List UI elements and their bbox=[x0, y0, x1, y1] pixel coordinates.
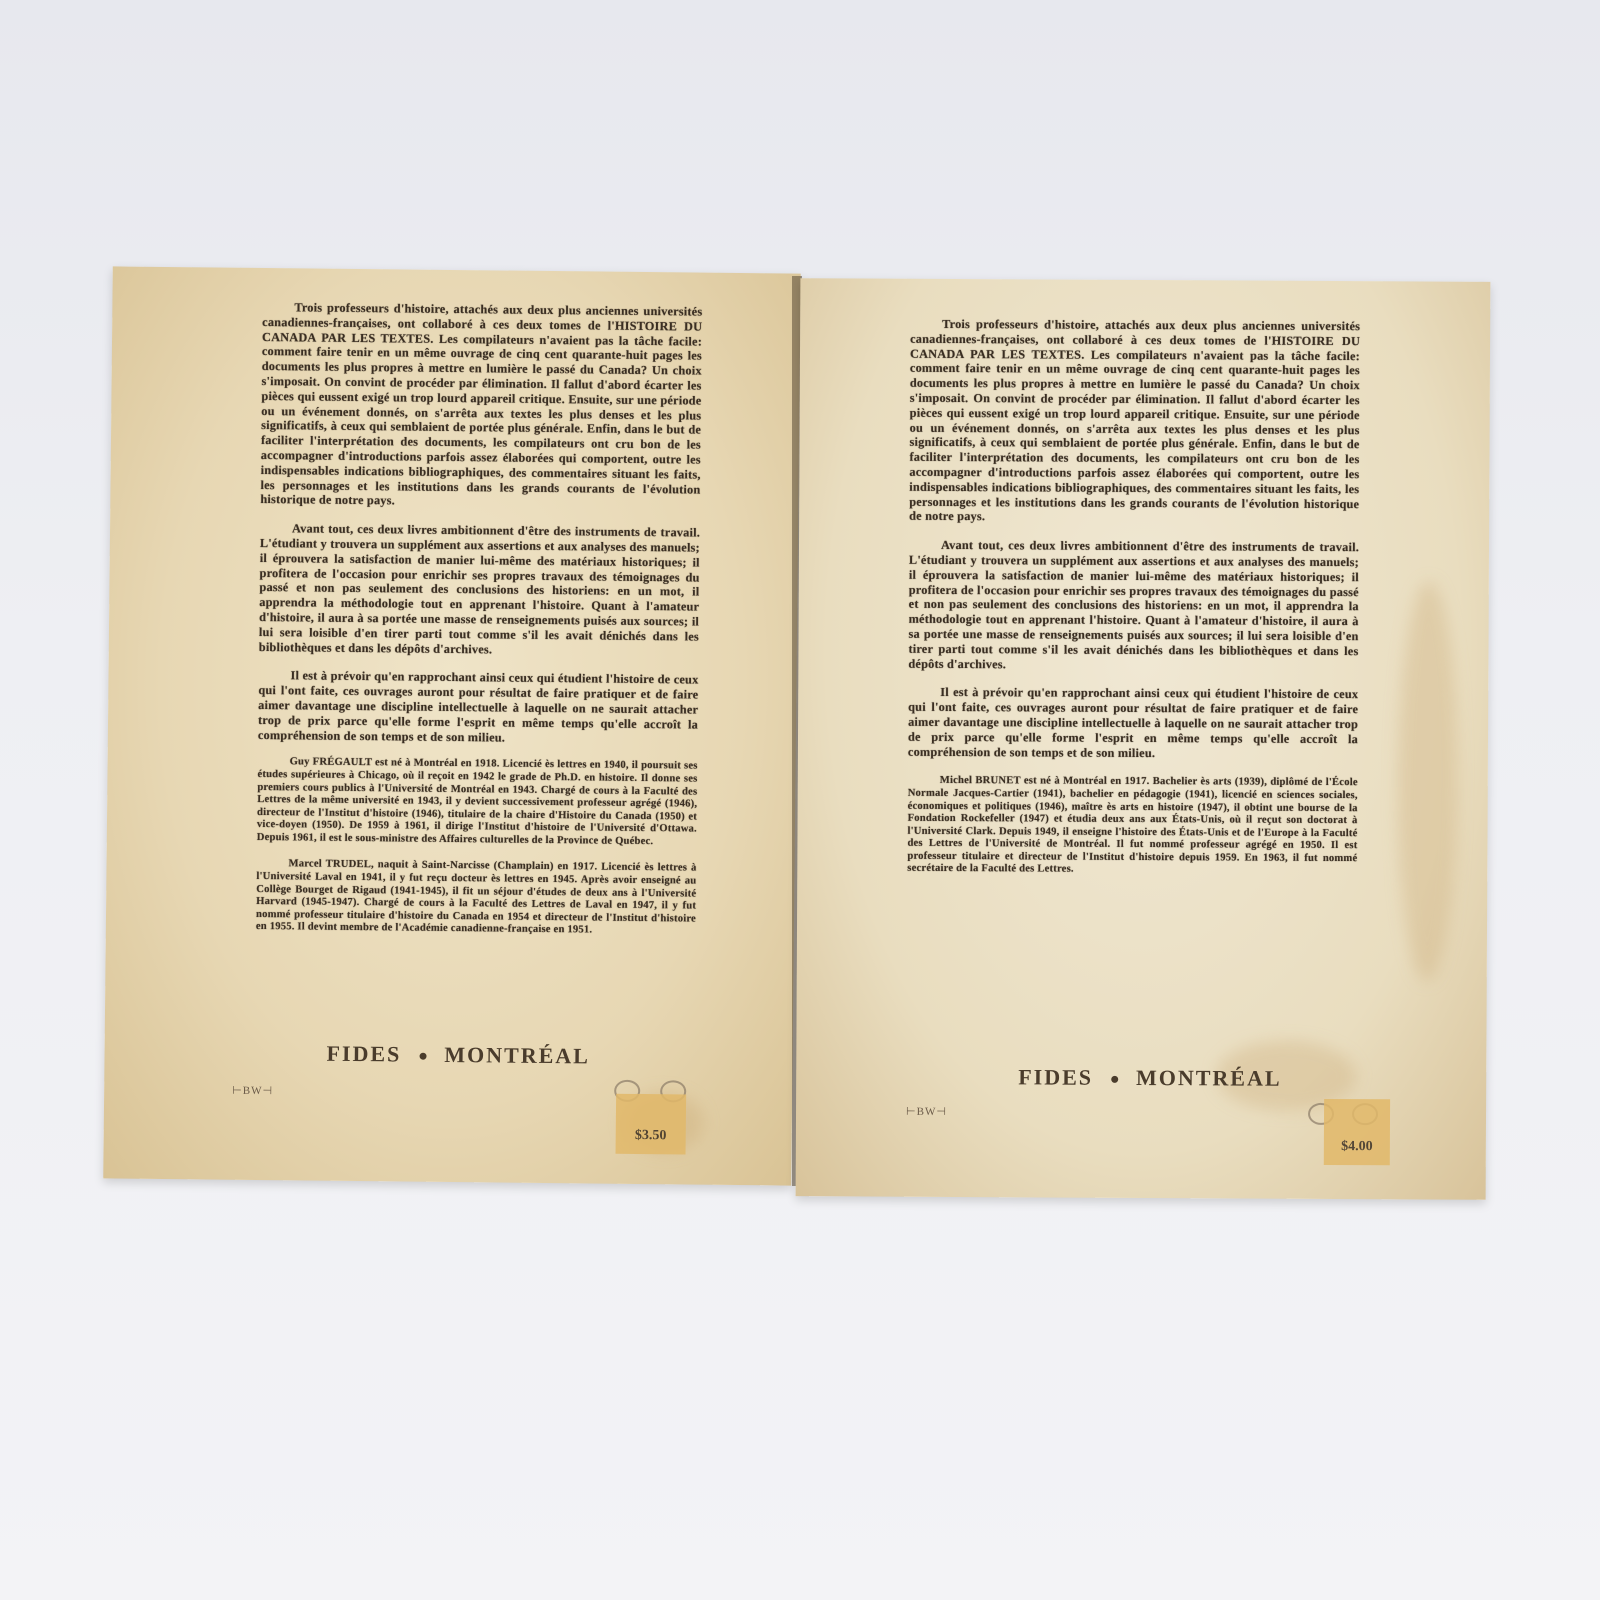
blurb-paragraph: Il est à prévoir qu'en rapprochant ainsi… bbox=[908, 685, 1358, 761]
author-bio-brunet: Michel BRUNET est né à Montréal en 1917.… bbox=[907, 775, 1358, 878]
bullet-icon bbox=[1111, 1076, 1118, 1083]
price-label: $4.00 bbox=[1341, 1139, 1373, 1155]
bullet-icon bbox=[419, 1053, 426, 1060]
blurb-paragraph: Trois professeurs d'histoire, attachés a… bbox=[260, 300, 702, 512]
left-book-back-cover: Trois professeurs d'histoire, attachés a… bbox=[103, 266, 801, 1185]
author-bio-fregault: Guy FRÉGAULT est né à Montréal en 1918. … bbox=[257, 756, 698, 849]
blurb-paragraph: Trois professeurs d'histoire, attachés a… bbox=[909, 317, 1360, 527]
publisher-name: FIDES bbox=[1018, 1064, 1093, 1089]
publisher-city: MONTRÉAL bbox=[444, 1042, 590, 1069]
price-label: $3.50 bbox=[635, 1128, 667, 1144]
printer-mark: ⊢BW⊣ bbox=[232, 1084, 273, 1097]
right-book-blurb: Trois professeurs d'histoire, attachés a… bbox=[907, 317, 1360, 878]
publisher-imprint: FIDESMONTRÉAL bbox=[1018, 1064, 1281, 1091]
publisher-city: MONTRÉAL bbox=[1136, 1065, 1282, 1091]
publisher-name: FIDES bbox=[326, 1041, 401, 1067]
publisher-imprint: FIDESMONTRÉAL bbox=[326, 1041, 590, 1070]
left-book-blurb: Trois professeurs d'histoire, attachés a… bbox=[256, 300, 703, 939]
price-sticker: $4.00 bbox=[1324, 1099, 1390, 1165]
author-bio-trudel: Marcel TRUDEL, naquit à Saint-Narcisse (… bbox=[256, 858, 697, 938]
right-book-back-cover: Trois professeurs d'histoire, attachés a… bbox=[796, 278, 1491, 1200]
blurb-paragraph: Avant tout, ces deux livres ambitionnent… bbox=[908, 538, 1359, 674]
paper-stain bbox=[1397, 581, 1459, 981]
blurb-paragraph: Il est à prévoir qu'en rapprochant ainsi… bbox=[258, 668, 699, 747]
price-sticker: $3.50 bbox=[616, 1094, 687, 1155]
blurb-paragraph: Avant tout, ces deux livres ambitionnent… bbox=[259, 521, 700, 659]
printer-mark: ⊢BW⊣ bbox=[906, 1105, 947, 1118]
